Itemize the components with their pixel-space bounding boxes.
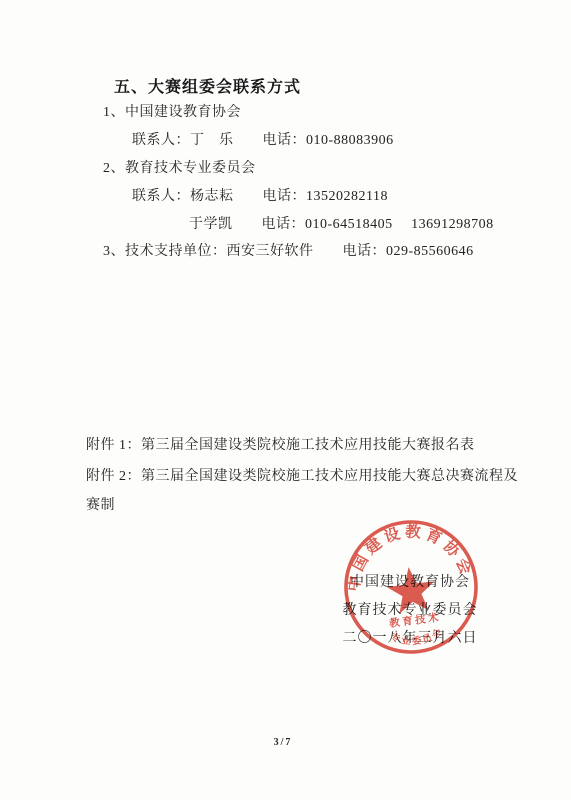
attachment-line-2-cont: 赛制 — [86, 497, 115, 515]
contact-org-2: 2、教育技术专业委员会 — [103, 160, 256, 178]
contact-support-unit: 3、技术支持单位：西安三好软件 电话：029-85560646 — [103, 243, 474, 261]
attachment-line-2: 附件 2：第三届全国建设类院校施工技术应用技能大赛总决赛流程及 — [86, 468, 518, 486]
attachment-line-1: 附件 1：第三届全国建设类院校施工技术应用技能大赛报名表 — [86, 437, 475, 455]
page-number: 3/7 — [274, 737, 293, 748]
signature-date: 二〇一八年三月六日 — [343, 630, 478, 648]
contact-org-1: 1、中国建设教育协会 — [103, 104, 241, 122]
scanned-document-page: 五、大赛组委会联系方式 1、中国建设教育协会 联系人：丁 乐 电话：010-88… — [0, 0, 571, 800]
signature-org-2: 教育技术专业委员会 — [343, 602, 478, 620]
contact-person-1: 联系人：丁 乐 电话：010-88083906 — [132, 132, 394, 150]
signature-org-1: 中国建设教育协会 — [350, 574, 470, 592]
contact-person-2b: 于学凯 电话：010-64518405 13691298708 — [189, 216, 494, 234]
contact-person-2a: 联系人：杨志耘 电话：13520282118 — [132, 188, 388, 206]
section-heading: 五、大赛组委会联系方式 — [114, 79, 301, 97]
